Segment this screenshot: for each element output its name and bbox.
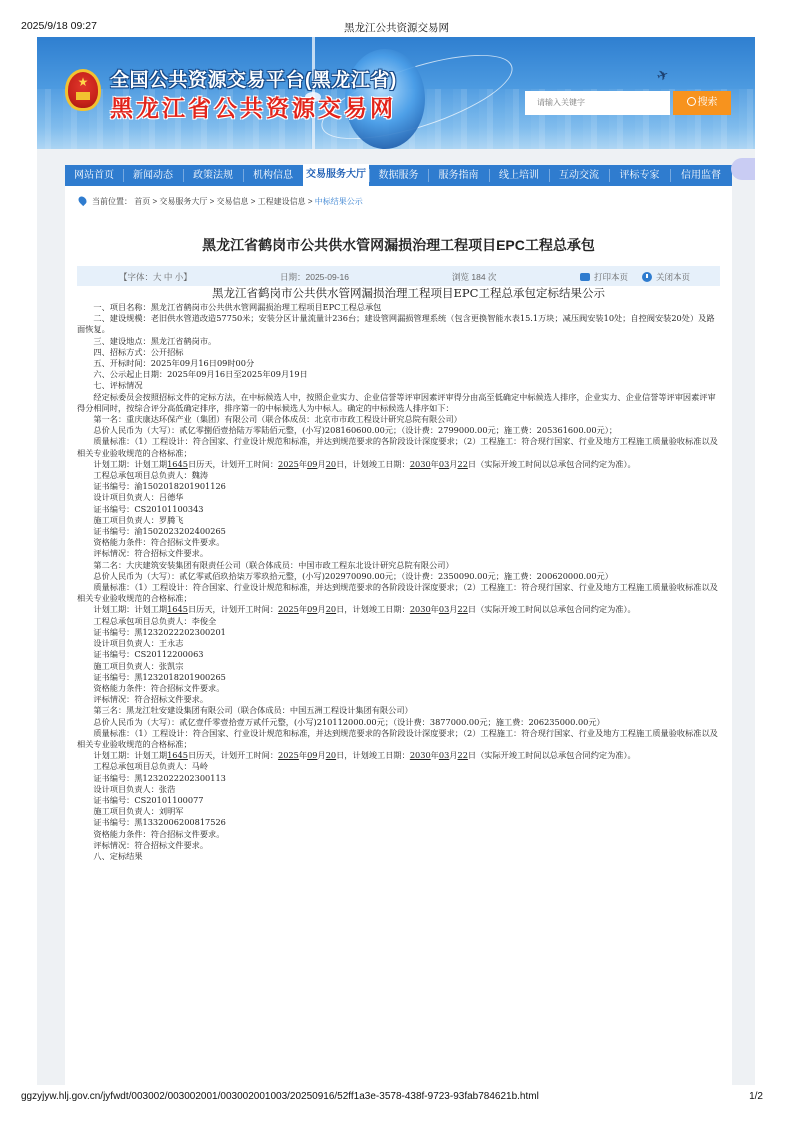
nav-item-data-services[interactable]: 数据服务 — [369, 165, 428, 186]
evaluation-heading: 七、评标情况 — [77, 380, 720, 391]
candidate-3-schedule: 计划工期：计划工期1645日历天，计划开工时间：2025年09月20日，计划竣工… — [77, 750, 720, 761]
search-button-label: 搜索 — [698, 97, 718, 108]
breadcrumb-current[interactable]: 中标结果公示 — [315, 197, 363, 206]
candidate-1-schedule: 计划工期：计划工期1645日历天，计划开工时间：2025年09月20日，计划竣工… — [77, 459, 720, 470]
candidate-2-qualification: 资格能力条件：符合招标文件要求。 — [77, 683, 720, 694]
candidate-2-gc-manager: 工程总承包项目总负责人：李俊全 — [77, 616, 720, 627]
candidate-2-build-cert: 证书编号：黑1232018201900265 — [77, 672, 720, 683]
breadcrumb-separator: > — [248, 197, 257, 206]
nav-item-interaction[interactable]: 互动交流 — [549, 165, 609, 186]
close-page-label: 关闭本页 — [656, 272, 690, 282]
candidate-3-quality: 质量标准：（1）工程设计：符合国家、行业设计规范和标准，并达到规范要求的各阶段设… — [77, 728, 720, 750]
article-info-bar: 【字体：大 中 小】 日期：2025-09-16 浏览 184 次 打印本页 关… — [77, 266, 720, 286]
article-title: 黑龙江省鹤岗市公共供水管网漏损治理工程项目EPC工程总承包 — [65, 235, 732, 255]
nav-item-credit[interactable]: 信用监督 — [670, 165, 732, 186]
power-icon — [642, 272, 652, 282]
search-button[interactable]: 搜索 — [673, 91, 731, 115]
tender-method: 四、招标方式：公开招标 — [77, 347, 720, 358]
printer-icon — [580, 273, 590, 281]
nav-item-policy[interactable]: 政策法规 — [183, 165, 243, 186]
construction-location: 三、建设地点：黑龙江省鹤岗市。 — [77, 336, 720, 347]
floating-side-button[interactable] — [731, 158, 755, 180]
candidate-2-price: 总价人民币为（大写）：贰亿零贰佰玖拾柒万零玖拾元整，(小写)202970090.… — [77, 571, 720, 582]
publicity-period: 六、公示起止日期：2025年09月16日至2025年09月19日 — [77, 369, 720, 380]
article-body: 黑龙江省鹤岗市公共供水管网漏损治理工程项目EPC工程总承包定标结果公示 一、项目… — [77, 286, 720, 862]
bid-opening-time: 五、开标时间：2025年09月16日09时00分 — [77, 358, 720, 369]
site-title-platform: 全国公共资源交易平台(黑龙江省) — [110, 65, 397, 92]
nav-item-news[interactable]: 新闻动态 — [123, 165, 183, 186]
candidate-1-gc-cert: 证书编号：渝1502018201901126 — [77, 481, 720, 492]
breadcrumb-separator: > — [150, 197, 159, 206]
candidate-3-gc-manager: 工程总承包项目总负责人：马岭 — [77, 761, 720, 772]
candidate-3-design-cert: 证书编号：CS20101100077 — [77, 795, 720, 806]
breadcrumb-trading-hall[interactable]: 交易服务大厅 — [159, 197, 207, 206]
candidate-2-design-cert: 证书编号：CS20112200063 — [77, 649, 720, 660]
candidate-2-quality: 质量标准：（1）工程设计：符合国家、行业设计规范和标准，并达到规范要求的各阶段设… — [77, 582, 720, 604]
main-nav: 网站首页 新闻动态 政策法规 机构信息 交易服务大厅 数据服务 服务指南 线上培… — [65, 165, 732, 186]
page-number: 1/2 — [749, 1091, 763, 1102]
nav-item-service-guide[interactable]: 服务指南 — [428, 165, 489, 186]
candidate-3-build-manager: 施工项目负责人：刘明军 — [77, 806, 720, 817]
candidate-3-design-manager: 设计项目负责人：张浩 — [77, 784, 720, 795]
print-header: 2025/9/18 09:27 黑龙江公共资源交易网 — [0, 20, 793, 34]
candidate-2-build-manager: 施工项目负责人：张凯宗 — [77, 661, 720, 672]
nav-item-home[interactable]: 网站首页 — [65, 165, 123, 186]
national-emblem-icon: ★ — [65, 69, 101, 111]
candidate-1-design-cert: 证书编号：CS20101100343 — [77, 504, 720, 515]
font-size-selector[interactable]: 【字体：大 中 小】 — [119, 271, 192, 283]
search-input[interactable]: 请输入关键字 — [525, 91, 670, 115]
breadcrumb-engineering-info[interactable]: 工程建设信息 — [258, 197, 306, 206]
site-title-main: 黑龙江省公共资源交易网 — [110, 90, 396, 123]
candidate-2-design-manager: 设计项目负责人：王永志 — [77, 638, 720, 649]
search-icon — [687, 97, 696, 106]
side-strip — [732, 186, 755, 1085]
candidate-1-rank: 第一名：重庆康达环保产业（集团）有限公司（联合体成员：北京市市政工程设计研究总院… — [77, 414, 720, 425]
candidate-1-qualification: 资格能力条件：符合招标文件要求。 — [77, 537, 720, 548]
evaluation-description: 经定标委员会按照招标文件的定标方法，在中标候选人中，按照企业实力、企业信誉等评审… — [77, 392, 720, 414]
page-url: ggzyjyw.hlj.gov.cn/jyfwdt/003002/0030020… — [21, 1091, 539, 1102]
breadcrumb-home[interactable]: 首页 — [134, 197, 150, 206]
nav-item-trading-hall[interactable]: 交易服务大厅 — [303, 164, 369, 186]
candidate-3-price: 总价人民币为（大写）：贰亿壹仟零壹拾壹万贰仟元整，(小写)210112000.0… — [77, 717, 720, 728]
print-page-button[interactable]: 打印本页 — [580, 271, 628, 283]
candidate-2-gc-cert: 证书编号：黑1232022202300201 — [77, 627, 720, 638]
candidate-3-gc-cert: 证书编号：黑1232022202300113 — [77, 773, 720, 784]
publish-date: 日期：2025-09-16 — [280, 271, 349, 283]
breadcrumb-separator: > — [306, 197, 315, 206]
airplane-icon: ✈ — [654, 66, 671, 86]
construction-scale: 二、建设规模：老旧供水管道改造57750米；安装分区计量流量计236台；建设管网… — [77, 313, 720, 335]
print-page-label: 打印本页 — [594, 272, 628, 282]
candidate-3-build-cert: 证书编号：黑1332006200817526 — [77, 817, 720, 828]
print-page-title: 黑龙江公共资源交易网 — [0, 20, 793, 35]
nav-item-institutions[interactable]: 机构信息 — [243, 165, 303, 186]
candidate-1-build-manager: 施工项目负责人：罗腾飞 — [77, 515, 720, 526]
candidate-1-gc-manager: 工程总承包项目总负责人：魏涛 — [77, 470, 720, 481]
candidate-1-build-cert: 证书编号：渝1502023202400265 — [77, 526, 720, 537]
candidate-1-quality: 质量标准：（1）工程设计：符合国家、行业设计规范和标准，并达到规范要求的各阶段设… — [77, 436, 720, 458]
candidate-1-design-manager: 设计项目负责人：吕德华 — [77, 492, 720, 503]
candidate-3-evaluation: 评标情况：符合招标文件要求。 — [77, 840, 720, 851]
candidate-1-evaluation: 评标情况：符合招标文件要求。 — [77, 548, 720, 559]
candidate-3-rank: 第三名：黑龙江牡安建设集团有限公司（联合体成员：中国五洲工程设计集团有限公司） — [77, 705, 720, 716]
candidate-3-qualification: 资格能力条件：符合招标文件要求。 — [77, 829, 720, 840]
close-page-button[interactable]: 关闭本页 — [642, 271, 690, 283]
project-name: 一、项目名称：黑龙江省鹤岗市公共供水管网漏损治理工程项目EPC工程总承包 — [77, 302, 720, 313]
nav-item-online-training[interactable]: 线上培训 — [489, 165, 549, 186]
breadcrumb: 当前位置： 首页 > 交易服务大厅 > 交易信息 > 工程建设信息 > 中标结果… — [77, 196, 363, 208]
award-result-heading: 八、定标结果 — [77, 851, 720, 862]
location-pin-icon — [77, 195, 88, 206]
candidate-1-price: 总价人民币为（大写）：贰亿零捌佰壹拾陆万零陆佰元整，(小写)208160600.… — [77, 425, 720, 436]
candidate-2-schedule: 计划工期：计划工期1645日历天，计划开工时间：2025年09月20日，计划竣工… — [77, 604, 720, 615]
breadcrumb-trading-info[interactable]: 交易信息 — [216, 197, 248, 206]
notice-heading: 黑龙江省鹤岗市公共供水管网漏损治理工程项目EPC工程总承包定标结果公示 — [97, 286, 720, 300]
nav-item-experts[interactable]: 评标专家 — [609, 165, 670, 186]
candidate-2-evaluation: 评标情况：符合招标文件要求。 — [77, 694, 720, 705]
candidate-2-rank: 第二名：大庆建筑安装集团有限责任公司（联合体成员：中国市政工程东北设计研究总院有… — [77, 560, 720, 571]
breadcrumb-prefix: 当前位置： — [92, 197, 132, 206]
view-count: 浏览 184 次 — [452, 271, 496, 283]
